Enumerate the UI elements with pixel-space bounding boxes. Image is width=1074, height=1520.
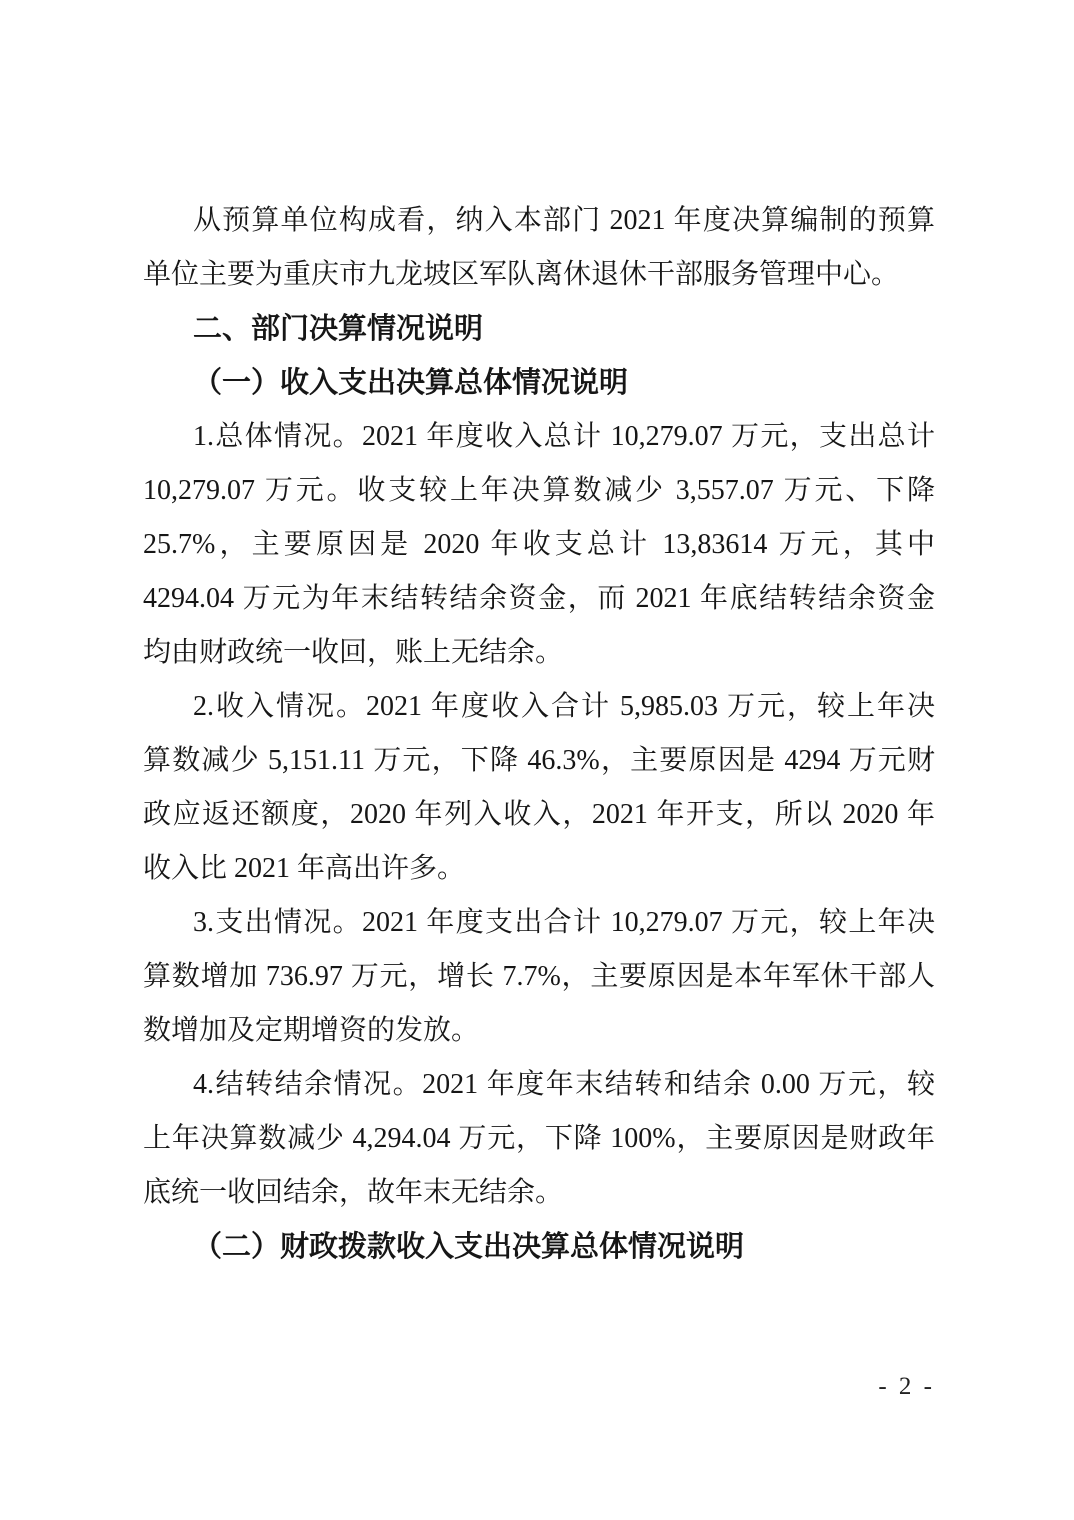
expenditure-paragraph-line: 算数增加 736.97 万元，增长 7.7%，主要原因是本年军休干部人 xyxy=(143,950,935,1004)
overall-paragraph-line: 4294.04 万元为年末结转结余资金，而 2021 年底结转结余资金 xyxy=(143,572,935,626)
carryover-paragraph-line: 底统一收回结余，故年末无结余。 xyxy=(143,1166,935,1220)
subsection-heading-fiscal-appropriation-overview: （二）财政拨款收入支出决算总体情况说明 xyxy=(143,1220,935,1274)
document-body: 从预算单位构成看，纳入本部门 2021 年度决算编制的预算 单位主要为重庆市九龙… xyxy=(143,194,935,1274)
carryover-paragraph-line: 4.结转结余情况。2021 年度年末结转和结余 0.00 万元，较 xyxy=(143,1058,935,1112)
intro-paragraph-line: 单位主要为重庆市九龙坡区军队离休退休干部服务管理中心。 xyxy=(143,248,935,302)
income-paragraph-line: 收入比 2021 年高出许多。 xyxy=(143,842,935,896)
overall-paragraph-line: 1.总体情况。2021 年度收入总计 10,279.07 万元，支出总计 xyxy=(143,410,935,464)
income-paragraph-line: 2.收入情况。2021 年度收入合计 5,985.03 万元，较上年决 xyxy=(143,680,935,734)
document-page: 从预算单位构成看，纳入本部门 2021 年度决算编制的预算 单位主要为重庆市九龙… xyxy=(0,0,1074,1520)
overall-paragraph-line: 10,279.07 万元。收支较上年决算数减少 3,557.07 万元、下降 xyxy=(143,464,935,518)
page-number: - 2 - xyxy=(878,1372,935,1402)
overall-paragraph-line: 均由财政统一收回，账上无结余。 xyxy=(143,626,935,680)
income-paragraph-line: 算数减少 5,151.11 万元，下降 46.3%，主要原因是 4294 万元财 xyxy=(143,734,935,788)
subsection-heading-income-expenditure-overview: （一）收入支出决算总体情况说明 xyxy=(143,356,935,410)
intro-paragraph-line: 从预算单位构成看，纳入本部门 2021 年度决算编制的预算 xyxy=(143,194,935,248)
expenditure-paragraph-line: 数增加及定期增资的发放。 xyxy=(143,1004,935,1058)
income-paragraph-line: 政应返还额度，2020 年列入收入，2021 年开支，所以 2020 年 xyxy=(143,788,935,842)
expenditure-paragraph-line: 3.支出情况。2021 年度支出合计 10,279.07 万元，较上年决 xyxy=(143,896,935,950)
overall-paragraph-line: 25.7%，主要原因是 2020 年收支总计 13,83614 万元，其中 xyxy=(143,518,935,572)
carryover-paragraph-line: 上年决算数减少 4,294.04 万元，下降 100%，主要原因是财政年 xyxy=(143,1112,935,1166)
section-heading-budget-final-accounts: 二、部门决算情况说明 xyxy=(143,302,935,356)
